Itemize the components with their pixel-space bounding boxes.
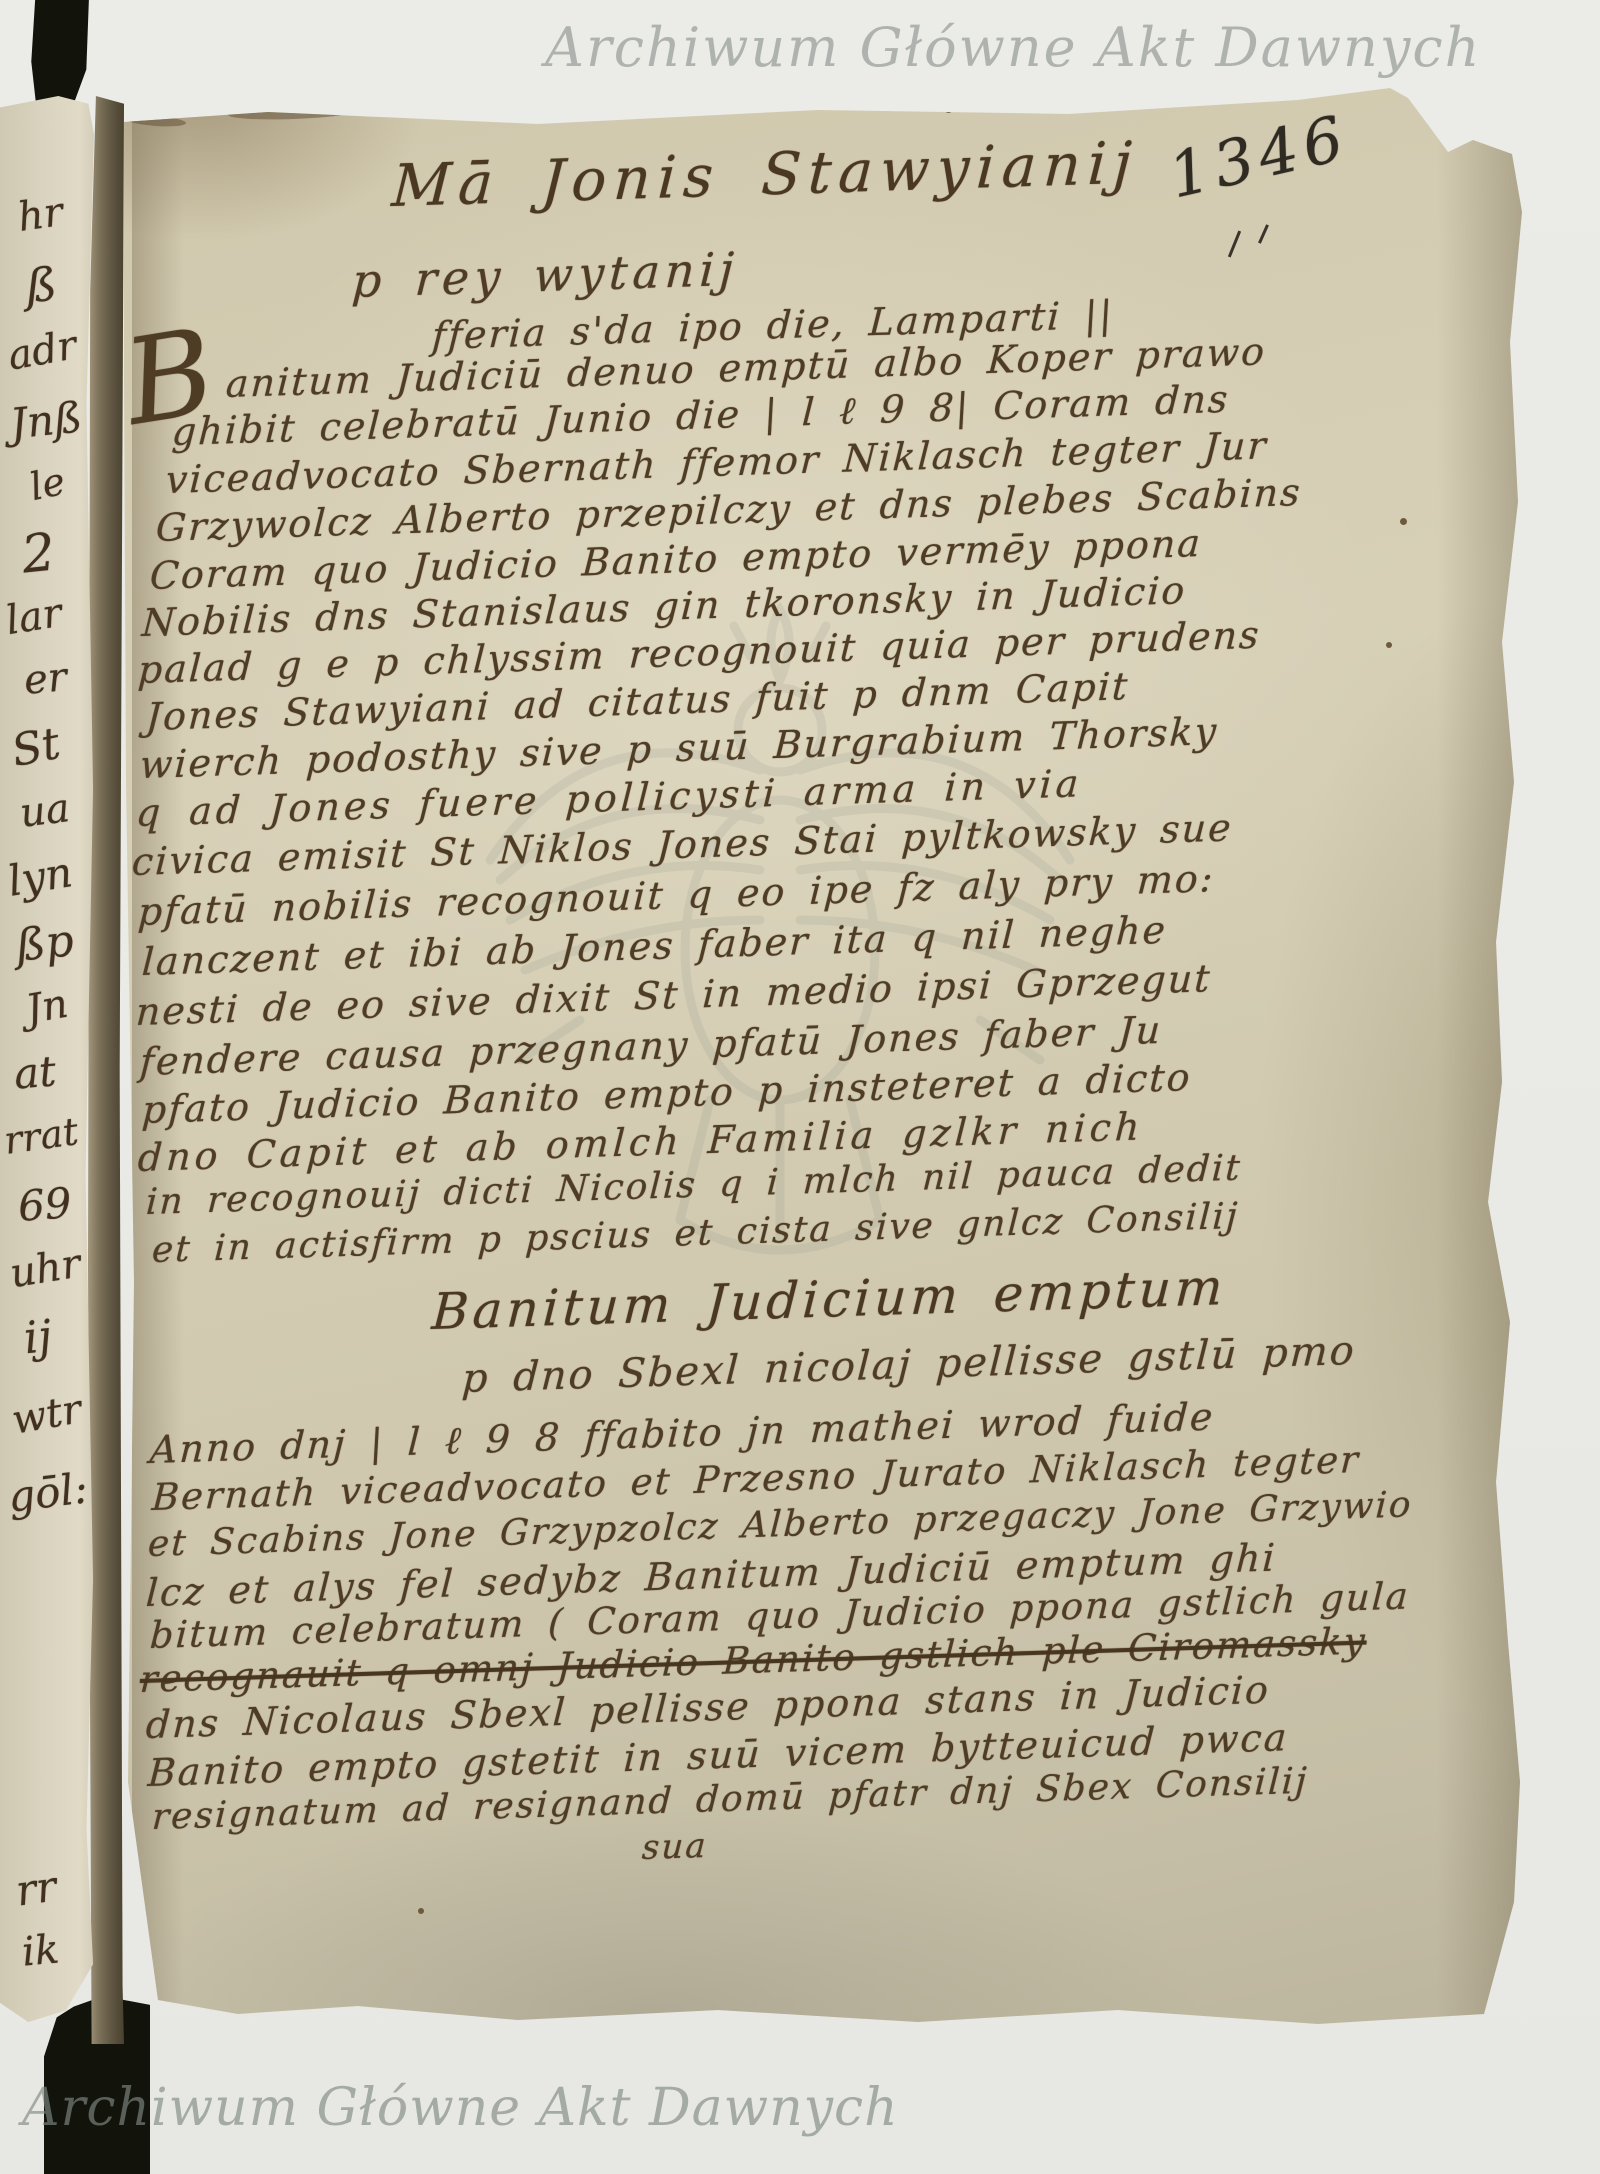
left-page-fragment: adr: [5, 322, 81, 379]
previous-page-edge: hr ß adr Jnß le 2 lar er St ua lyn ßp Jn…: [0, 96, 94, 2022]
edge-smudge: [126, 114, 187, 128]
ink-speck: [1386, 642, 1392, 648]
left-page-fragment: 69: [16, 1178, 73, 1231]
left-page-fragment: uhr: [7, 1241, 84, 1297]
left-page-fragment: St: [8, 718, 65, 777]
left-page-fragment: lyn: [5, 847, 76, 905]
left-page-fragment: gōl:: [5, 1463, 90, 1521]
left-page-fragment: at: [12, 1046, 58, 1098]
left-page-fragment: ij: [21, 1311, 54, 1365]
left-page-fragment: ua: [17, 785, 72, 837]
left-page-fragment: wtr: [9, 1386, 85, 1443]
ink-speck: [418, 1908, 424, 1914]
left-page-fragment: le: [26, 459, 69, 509]
ink-speck: [944, 104, 953, 113]
archive-watermark-top: Archiwum Główne Akt Dawnych: [545, 16, 1481, 79]
left-page-fragment: Jn: [22, 981, 71, 1034]
left-page-fragment: hr: [15, 189, 66, 241]
left-page-fragment: ß: [24, 257, 58, 313]
left-page-fragment: 2: [19, 522, 58, 585]
edge-smudge: [228, 104, 358, 122]
paper-tear: [1542, 1225, 1600, 1355]
manuscript-closing-word: sua: [641, 1826, 709, 1868]
page-gutter: [88, 96, 124, 2044]
manuscript-scan: hr ß adr Jnß le 2 lar er St ua lyn ßp Jn…: [0, 0, 1600, 2174]
left-page-fragment: lar: [3, 590, 65, 644]
binding-strip-top: [30, 0, 94, 112]
left-page-fragment: rr: [13, 1861, 60, 1915]
left-page-fragment: er: [22, 654, 69, 704]
archive-watermark-bottom: Archiwum Główne Akt Dawnych: [22, 2078, 899, 2138]
left-page-fragment: Jnß: [8, 392, 85, 448]
left-page-fragment: rrat: [1, 1109, 81, 1163]
left-page-fragment: ik: [20, 1926, 61, 1975]
ink-speck: [1400, 518, 1407, 525]
left-page-fragment: ßp: [13, 915, 76, 972]
